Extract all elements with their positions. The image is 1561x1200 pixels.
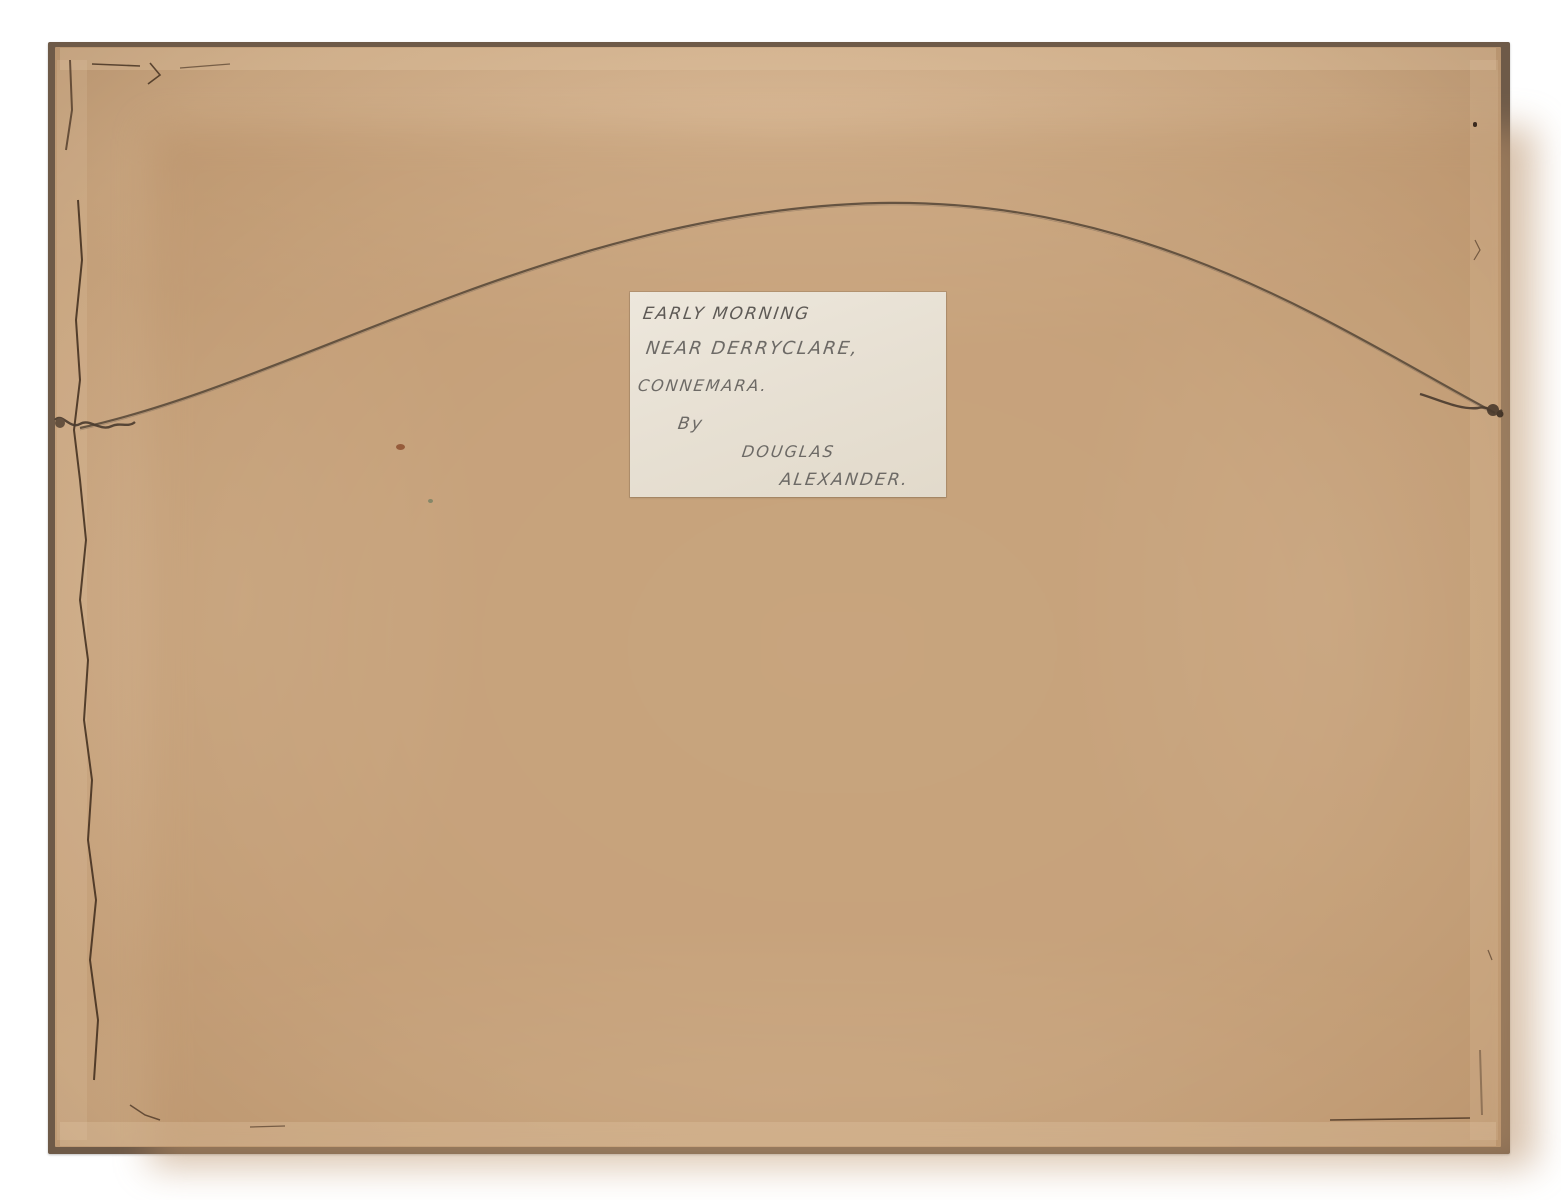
top-tape-strip xyxy=(60,48,1496,70)
label-line-title-2: NEAR DERRYCLARE, xyxy=(645,338,861,359)
label-line-artist-last: ALEXANDER. xyxy=(779,470,911,490)
left-tape-strip xyxy=(57,60,87,1140)
backing-board-discoloration xyxy=(150,127,1535,1167)
right-tape-strip xyxy=(1470,60,1498,1140)
label-line-by: By xyxy=(677,414,706,434)
label-line-artist-first: DOUGLAS xyxy=(741,442,837,461)
label-line-title-1: EARLY MORNING xyxy=(642,304,812,324)
bottom-tape-strip xyxy=(60,1122,1496,1146)
brown-paper-backing xyxy=(55,47,1501,1147)
green-spot xyxy=(428,499,433,503)
label-line-location: CONNEMARA. xyxy=(637,376,770,395)
title-label-card: EARLY MORNING NEAR DERRYCLARE, CONNEMARA… xyxy=(630,292,946,497)
rust-spot xyxy=(396,444,405,450)
top-right-nail xyxy=(1473,122,1477,127)
